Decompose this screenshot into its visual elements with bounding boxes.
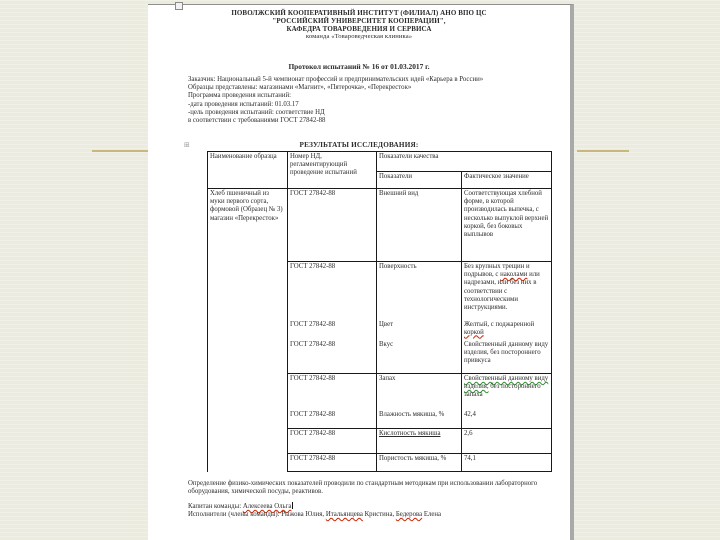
- indicator-cell: Внешний вид: [377, 189, 462, 262]
- intro-samples: Образцы представлены: магазинами «Магнит…: [188, 84, 556, 92]
- gost-cell: ГОСТ 27842-88: [288, 320, 377, 340]
- value-cell: Свойственный данному виду изделия, без п…: [462, 374, 552, 410]
- results-title: РЕЗУЛЬТАТЫ ИССЛЕДОВАНИЯ:: [148, 141, 570, 149]
- indicator-cell: Поверхность: [377, 262, 462, 320]
- text-cursor: [292, 502, 293, 509]
- executor-name: Елена: [422, 511, 441, 518]
- document-page: ПОВОЛЖСКИЙ КООПЕРАТИВНЫЙ ИНСТИТУТ (ФИЛИА…: [148, 4, 574, 540]
- executors-line: Исполнители (члены команды): Рыжова Юлия…: [188, 511, 558, 519]
- sample-name-cell: Хлеб пшеничный из муки первого сорта, фо…: [208, 189, 288, 472]
- executor-name: Кристина,: [363, 511, 396, 518]
- header-actual: Фактическое значение: [462, 172, 552, 189]
- intro-customer: Заказчик: Национальный 5-й чемпионат про…: [188, 76, 556, 84]
- gost-cell: ГОСТ 27842-88: [288, 340, 377, 374]
- team-line: команда «Товароведческая клиника»: [148, 33, 570, 41]
- value-cell: Свойственный данному виду изделия, без п…: [462, 340, 552, 374]
- indicator-cell: Цвет: [377, 320, 462, 340]
- value-cell: 74,1: [462, 454, 552, 472]
- executor-name: Рыжова Юлия,: [281, 511, 326, 518]
- slide-accent-line-right: [577, 150, 629, 152]
- header-quality: Показатели качества: [377, 152, 552, 172]
- indicator-cell: Кислотность мякиша: [377, 429, 462, 454]
- intro-block: Заказчик: Национальный 5-й чемпионат про…: [188, 76, 556, 125]
- header-indicator: Показатели: [377, 172, 462, 189]
- spellcheck-word: наколами: [500, 271, 527, 278]
- value-cell: Без крупных трещин и подрывов, с наколам…: [462, 262, 552, 320]
- org-line-2: "РОССИЙСКИЙ УНИВЕРСИТЕТ КООПЕРАЦИИ",: [148, 17, 570, 25]
- value-text: Желтый, с поджаренной: [464, 321, 534, 328]
- captain-line: Капитан команды: Алексеева Ольга: [188, 502, 550, 511]
- header-nd: Номер НД, регламентирующий проведение ис…: [288, 152, 377, 189]
- protocol-title: Протокол испытаний № 16 от 01.03.2017 г.: [148, 62, 570, 71]
- value-cell: Желтый, с поджаренной коркой: [462, 320, 552, 340]
- gost-cell: ГОСТ 27842-88: [288, 454, 377, 472]
- header-sample: Наименование образца: [208, 152, 288, 189]
- indicator-cell: Влажность мякиша, %: [377, 410, 462, 429]
- gost-cell: ГОСТ 27842-88: [288, 189, 377, 262]
- slide-accent-line-left: [92, 150, 150, 152]
- gost-cell: ГОСТ 27842-88: [288, 374, 377, 410]
- value-cell: Соответствующая хлебной форме, в которой…: [462, 189, 552, 262]
- value-cell: 42,4: [462, 410, 552, 429]
- intro-program: Программа проведения испытаний:: [188, 92, 556, 100]
- gost-cell: ГОСТ 27842-88: [288, 262, 377, 320]
- spellcheck-word: коркой: [464, 329, 484, 336]
- captain-label: Капитан команды:: [188, 503, 243, 510]
- gost-cell: ГОСТ 27842-88: [288, 429, 377, 454]
- executor-name-flagged: Бедерова: [396, 511, 422, 518]
- executors-label: Исполнители (члены команды):: [188, 511, 281, 518]
- org-line-3: КАФЕДРА ТОВАРОВЕДЕНИЯ И СЕРВИСА: [148, 25, 570, 33]
- intro-gost: в соответствии с требованиями ГОСТ 27842…: [188, 117, 556, 125]
- captain-name: Алексеева Ольга: [243, 503, 292, 510]
- gost-cell: ГОСТ 27842-88: [288, 410, 377, 429]
- value-cell: 2,6: [462, 429, 552, 454]
- indicator-cell: Запах: [377, 374, 462, 410]
- intro-date: -дата проведения испытаний: 01.03.17: [188, 101, 556, 109]
- executor-name-flagged: Итальянцева: [326, 511, 363, 518]
- method-note: Определение физико-химических показателе…: [188, 480, 550, 496]
- indicator-cell: Вкус: [377, 340, 462, 374]
- intro-goal: -цель проведения испытаний: соответствие…: [188, 109, 556, 117]
- org-line-1: ПОВОЛЖСКИЙ КООПЕРАТИВНЫЙ ИНСТИТУТ (ФИЛИА…: [148, 9, 570, 17]
- organization-header: ПОВОЛЖСКИЙ КООПЕРАТИВНЫЙ ИНСТИТУТ (ФИЛИА…: [148, 9, 570, 41]
- results-table: Наименование образца Номер НД, регламент…: [207, 151, 552, 472]
- indicator-cell: Пористость мякиша, %: [377, 454, 462, 472]
